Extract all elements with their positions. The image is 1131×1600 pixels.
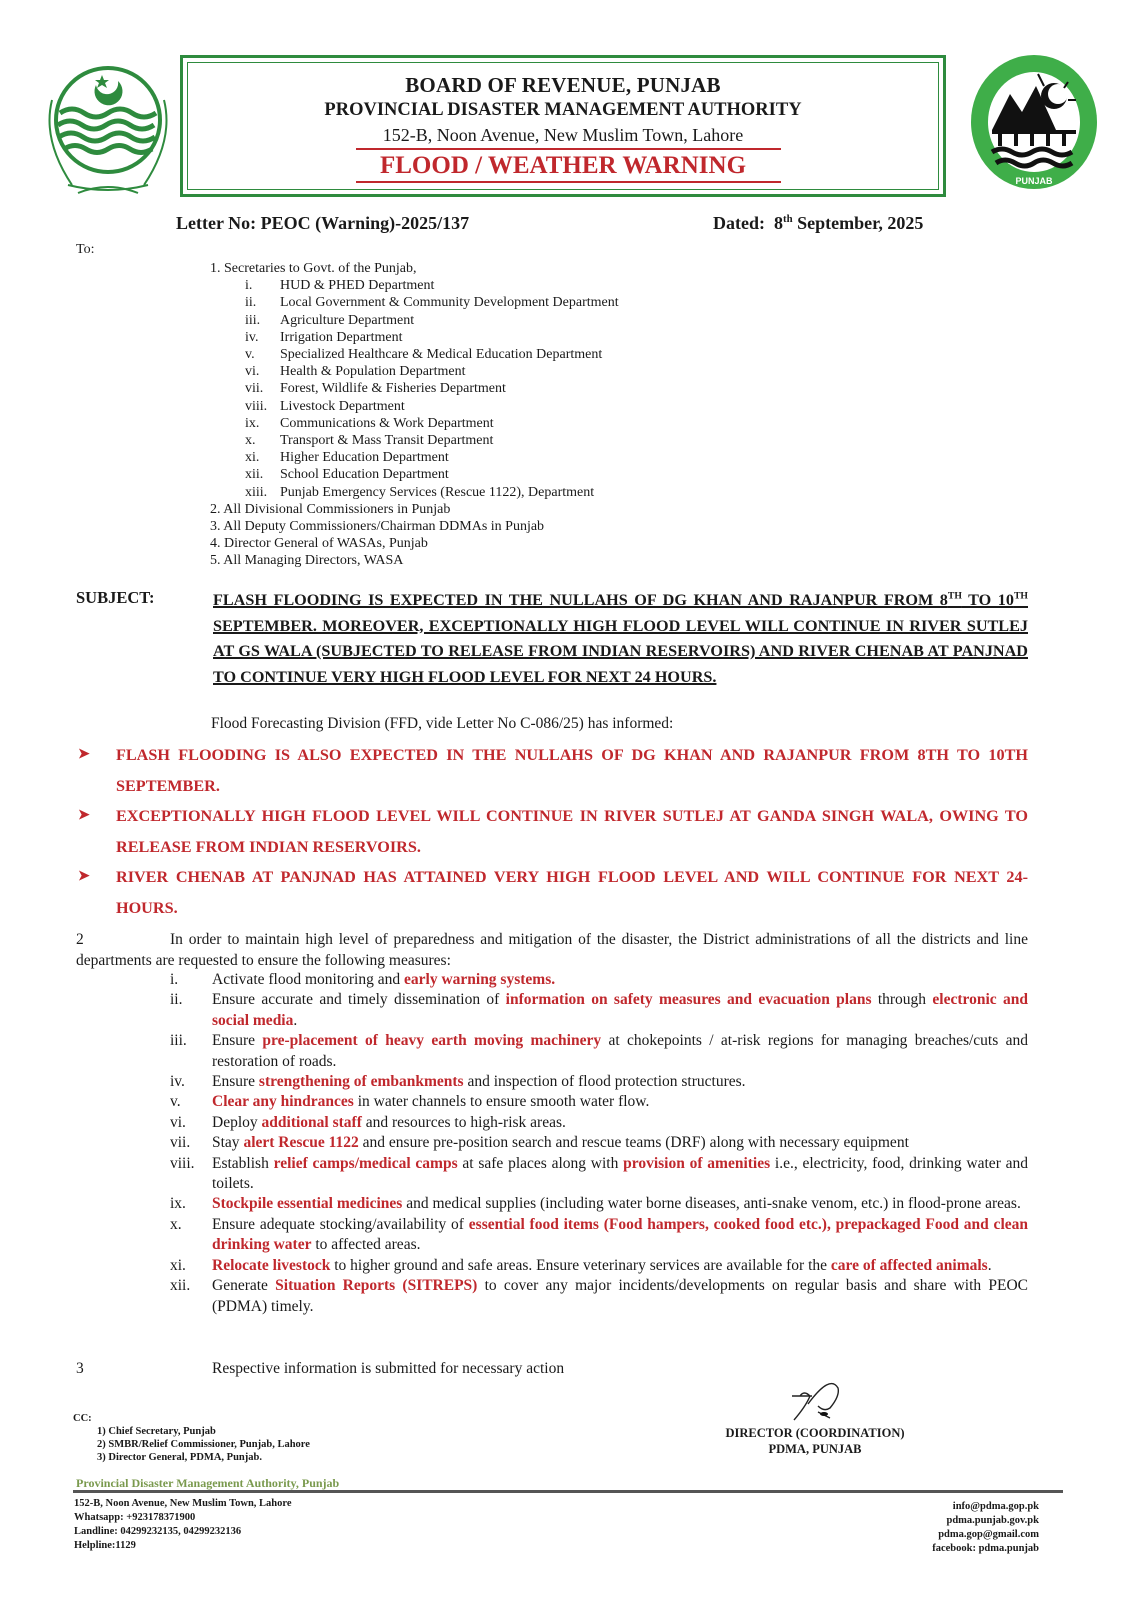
highlighted-text: pre-placement of heavy earth moving mach…: [262, 1032, 601, 1049]
footer-contact-right: info@pdma.gop.pk pdma.punjab.gov.pk pdma…: [932, 1500, 1039, 1556]
org-address: 152-B, Noon Avenue, New Muslim Town, Lah…: [188, 125, 938, 146]
measure-item: xi.Relocate livestock to higher ground a…: [170, 1256, 1028, 1276]
department-name: Local Government & Community Development…: [280, 295, 619, 310]
measure-number: viii.: [170, 1154, 195, 1174]
measure-item: vi.Deploy additional staff and resources…: [170, 1113, 1028, 1133]
ordinal-suffix: th: [948, 591, 962, 602]
arrow-bullet-icon: ➤: [78, 801, 90, 832]
footer-gmail[interactable]: pdma.gop@gmail.com: [932, 1528, 1039, 1542]
cc-label: CC:: [73, 1412, 310, 1425]
signature-icon: [790, 1382, 850, 1422]
department-number: vii.: [245, 380, 280, 397]
cc-item: 1) Chief Secretary, Punjab: [97, 1425, 310, 1438]
measure-item: iii.Ensure pre-placement of heavy earth …: [170, 1031, 1028, 1072]
alert-text: FLASH FLOODING IS ALSO EXPECTED IN THE N…: [116, 746, 1028, 795]
measure-text: Clear any hindrances in water channels t…: [212, 1093, 649, 1110]
recipient-department: vii.Forest, Wildlife & Fisheries Departm…: [210, 380, 619, 397]
measure-number: xii.: [170, 1276, 190, 1296]
measure-number: iv.: [170, 1072, 185, 1092]
footer-divider: [73, 1490, 1063, 1493]
footer-contact-left: 152-B, Noon Avenue, New Muslim Town, Lah…: [74, 1497, 292, 1553]
measure-text: Stay alert Rescue 1122 and ensure pre-po…: [212, 1134, 909, 1151]
measure-text: Ensure adequate stocking/availability of…: [212, 1216, 1028, 1253]
department-name: HUD & PHED Department: [280, 278, 434, 293]
recipient-department: x.Transport & Mass Transit Department: [210, 432, 619, 449]
paragraph-3-number: 3: [76, 1360, 84, 1378]
measure-item: x.Ensure adequate stocking/availability …: [170, 1215, 1028, 1256]
footer-helpline: Helpline:1129: [74, 1539, 292, 1553]
letterhead-box: BOARD OF REVENUE, PUNJAB PROVINCIAL DISA…: [180, 55, 946, 197]
alert-list: ➤FLASH FLOODING IS ALSO EXPECTED IN THE …: [78, 740, 1028, 923]
cc-item: 2) SMBR/Relief Commissioner, Punjab, Lah…: [97, 1438, 310, 1451]
recipient-department: iv.Irrigation Department: [210, 329, 619, 346]
footer-email[interactable]: info@pdma.gop.pk: [932, 1500, 1039, 1514]
recipient-item: 3. All Deputy Commissioners/Chairman DDM…: [210, 518, 619, 535]
measure-item: iv.Ensure strengthening of embankments a…: [170, 1072, 1028, 1092]
measure-text: Ensure accurate and timely dissemination…: [212, 991, 1028, 1028]
signatory-org: PDMA, PUNJAB: [715, 1441, 915, 1457]
arrow-bullet-icon: ➤: [78, 862, 90, 893]
alert-item: ➤FLASH FLOODING IS ALSO EXPECTED IN THE …: [78, 740, 1028, 801]
signatory-block: DIRECTOR (COORDINATION) PDMA, PUNJAB: [715, 1425, 915, 1457]
highlighted-text: care of affected animals: [831, 1257, 988, 1274]
recipient-department: ii.Local Government & Community Developm…: [210, 294, 619, 311]
alert-item: ➤EXCEPTIONALLY HIGH FLOOD LEVEL WILL CON…: [78, 801, 1028, 862]
ffd-reference: Flood Forecasting Division (FFD, vide Le…: [211, 715, 673, 733]
measure-item: i.Activate flood monitoring and early wa…: [170, 970, 1028, 990]
department-number: iv.: [245, 329, 280, 346]
recipient-department: iii.Agriculture Department: [210, 312, 619, 329]
measure-number: ix.: [170, 1194, 186, 1214]
svg-text:PUNJAB: PUNJAB: [1015, 176, 1053, 186]
measure-item: ix.Stockpile essential medicines and med…: [170, 1194, 1028, 1214]
department-number: xii.: [245, 466, 280, 483]
title-rule-top: [356, 148, 781, 150]
department-number: iii.: [245, 312, 280, 329]
highlighted-text: Relocate livestock: [212, 1257, 330, 1274]
department-number: xi.: [245, 449, 280, 466]
department-number: xiii.: [245, 484, 280, 501]
measure-number: vii.: [170, 1133, 190, 1153]
department-name: Punjab Emergency Services (Rescue 1122),…: [280, 485, 594, 500]
department-name: Irrigation Department: [280, 330, 402, 345]
pdma-punjab-seal-icon: PUNJAB: [968, 52, 1100, 192]
measure-text: Generate Situation Reports (SITREPS) to …: [212, 1277, 1028, 1314]
recipient-department: xiii.Punjab Emergency Services (Rescue 1…: [210, 484, 619, 501]
measure-text: Ensure pre-placement of heavy earth movi…: [212, 1032, 1028, 1069]
recipient-item: 2. All Divisional Commissioners in Punja…: [210, 501, 619, 518]
department-name: School Education Department: [280, 467, 449, 482]
highlighted-text: Clear any hindrances: [212, 1093, 354, 1110]
department-name: Specialized Healthcare & Medical Educati…: [280, 347, 602, 362]
measure-item: ii.Ensure accurate and timely disseminat…: [170, 990, 1028, 1031]
department-number: v.: [245, 346, 280, 363]
measure-number: v.: [170, 1092, 181, 1112]
subject-text: Flash flooding is expected in the nullah…: [213, 588, 1028, 690]
ordinal-suffix: th: [1014, 591, 1028, 602]
document-title: FLOOD / WEATHER WARNING: [188, 152, 938, 180]
department-number: viii.: [245, 398, 280, 415]
department-name: Livestock Department: [280, 399, 405, 414]
cc-block: CC: 1) Chief Secretary, Punjab2) SMBR/Re…: [73, 1412, 310, 1464]
department-name: Agriculture Department: [280, 313, 414, 328]
footer-facebook[interactable]: facebook: pdma.punjab: [932, 1542, 1039, 1556]
highlighted-text: additional staff: [262, 1114, 362, 1131]
measure-number: ii.: [170, 990, 183, 1010]
measure-text: Establish relief camps/medical camps at …: [212, 1155, 1028, 1192]
org-name-pdma: PROVINCIAL DISASTER MANAGEMENT AUTHORITY: [188, 100, 938, 121]
department-name: Health & Population Department: [280, 364, 465, 379]
department-name: Transport & Mass Transit Department: [280, 433, 493, 448]
recipient-item: 5. All Managing Directors, WASA: [210, 552, 619, 569]
measure-text: Relocate livestock to higher ground and …: [212, 1257, 992, 1274]
recipient-department: xi.Higher Education Department: [210, 449, 619, 466]
letter-number: Letter No: PEOC (Warning)-2025/137: [176, 213, 469, 234]
department-number: x.: [245, 432, 280, 449]
measure-text: Deploy additional staff and resources to…: [212, 1114, 566, 1131]
alert-text: RIVER CHENAB AT PANJNAD HAS ATTAINED VER…: [116, 868, 1028, 917]
measure-item: viii.Establish relief camps/medical camp…: [170, 1154, 1028, 1195]
highlighted-text: essential food items (Food hampers, cook…: [212, 1216, 1028, 1253]
cc-item: 3) Director General, PDMA, Punjab.: [97, 1451, 310, 1464]
department-number: ii.: [245, 294, 280, 311]
title-rule-bottom: [356, 181, 781, 183]
measure-text: Stockpile essential medicines and medica…: [212, 1195, 1021, 1212]
footer-org-name: Provincial Disaster Management Authority…: [76, 1476, 339, 1491]
recipient-list: 1. Secretaries to Govt. of the Punjab, i…: [210, 260, 619, 570]
department-name: Communications & Work Department: [280, 416, 494, 431]
highlighted-text: Stockpile essential medicines: [212, 1195, 402, 1212]
footer-landline: Landline: 04299232135, 04299232136: [74, 1525, 292, 1539]
measure-text: Ensure strengthening of embankments and …: [212, 1073, 746, 1090]
signatory-title: DIRECTOR (COORDINATION): [715, 1425, 915, 1441]
letter-date: Dated: 8th September, 2025: [713, 213, 923, 234]
recipient-department: viii.Livestock Department: [210, 398, 619, 415]
alert-item: ➤RIVER CHENAB AT PANJNAD HAS ATTAINED VE…: [78, 862, 1028, 923]
highlighted-text: alert Rescue 1122: [243, 1134, 358, 1151]
highlighted-text: Situation Reports (SITREPS): [275, 1277, 477, 1294]
highlighted-text: relief camps/medical camps: [274, 1155, 458, 1172]
recipient-department: xii.School Education Department: [210, 466, 619, 483]
footer-address: 152-B, Noon Avenue, New Muslim Town, Lah…: [74, 1497, 292, 1511]
department-name: Forest, Wildlife & Fisheries Department: [280, 381, 506, 396]
department-number: vi.: [245, 363, 280, 380]
footer-whatsapp: Whatsapp: +923178371900: [74, 1511, 292, 1525]
recipient-department: vi.Health & Population Department: [210, 363, 619, 380]
recipient-group-secretaries: 1. Secretaries to Govt. of the Punjab,: [210, 260, 619, 277]
measure-number: xi.: [170, 1256, 186, 1276]
department-name: Higher Education Department: [280, 450, 449, 465]
highlighted-text: provision of amenities: [623, 1155, 770, 1172]
measure-text: Activate flood monitoring and early warn…: [212, 971, 555, 988]
highlighted-text: strengthening of embankments: [259, 1073, 464, 1090]
recipient-department: i.HUD & PHED Department: [210, 277, 619, 294]
measure-item: v.Clear any hindrances in water channels…: [170, 1092, 1028, 1112]
subject-label: SUBJECT:: [76, 588, 155, 608]
measure-item: xii.Generate Situation Reports (SITREPS)…: [170, 1276, 1028, 1317]
measures-list: i.Activate flood monitoring and early wa…: [170, 970, 1028, 1317]
highlighted-text: early warning systems.: [404, 971, 555, 988]
department-number: ix.: [245, 415, 280, 432]
measure-item: vii.Stay alert Rescue 1122 and ensure pr…: [170, 1133, 1028, 1153]
highlighted-text: information on safety measures and evacu…: [506, 991, 872, 1008]
recipient-item: 4. Director General of WASAs, Punjab: [210, 535, 619, 552]
punjab-government-emblem-icon: [38, 55, 178, 205]
org-name-board: BOARD OF REVENUE, PUNJAB: [188, 73, 938, 98]
measure-number: x.: [170, 1215, 182, 1235]
footer-website[interactable]: pdma.punjab.gov.pk: [932, 1514, 1039, 1528]
measure-number: vi.: [170, 1113, 186, 1133]
paragraph-2: 2In order to maintain high level of prep…: [76, 930, 1028, 971]
measure-number: iii.: [170, 1031, 187, 1051]
recipient-department: ix.Communications & Work Department: [210, 415, 619, 432]
arrow-bullet-icon: ➤: [78, 740, 90, 771]
measure-number: i.: [170, 970, 178, 990]
paragraph-3-text: Respective information is submitted for …: [212, 1360, 564, 1378]
alert-text: EXCEPTIONALLY HIGH FLOOD LEVEL WILL CONT…: [116, 807, 1028, 856]
to-label: To:: [76, 242, 94, 258]
recipient-department: v.Specialized Healthcare & Medical Educa…: [210, 346, 619, 363]
department-number: i.: [245, 277, 280, 294]
